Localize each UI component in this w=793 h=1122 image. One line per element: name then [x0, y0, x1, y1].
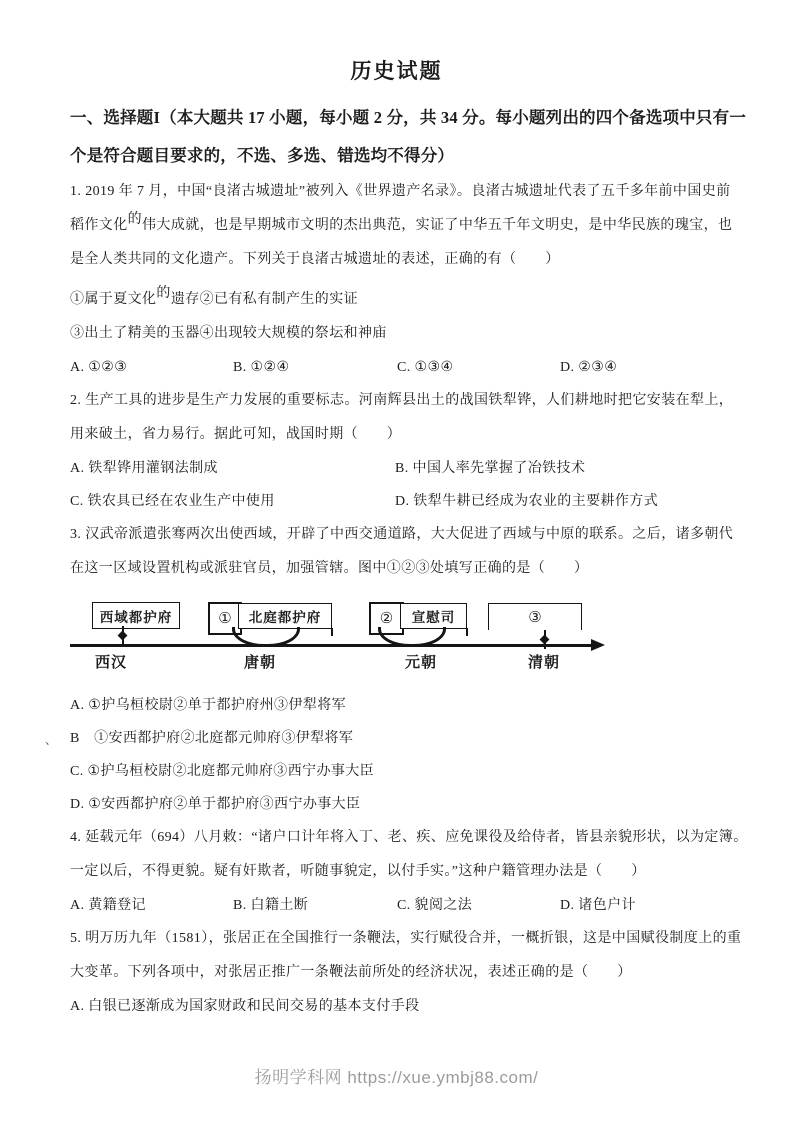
- question-3: 3. 汉武帝派遣张骞两次出使西域，开辟了中西交通道路，大大促进了西域与中原的联系…: [70, 518, 724, 821]
- exam-paper-page: 历史试题 一、选择题I（本大题共 17 小题，每小题 2 分，共 34 分。每小…: [0, 0, 793, 1122]
- option-d: D. ①安西都护府②单于都护府③西宁办事大臣: [70, 788, 724, 821]
- axis-label-xihan: 西汉: [95, 651, 127, 672]
- option-d: D. 铁犁牛耕已经成为农业的主要耕作方式: [395, 485, 724, 518]
- option-a: A. 黄籍登记: [70, 889, 233, 922]
- footer-watermark: 扬明学科网 https://xue.ymbj88.com/: [0, 1063, 793, 1088]
- timeline-axis: [70, 644, 594, 647]
- option-c: C. ①③④: [397, 351, 560, 384]
- timeline-diagram: 西域都护府 ① 北庭都护府 ② 宣慰司 ③ 西汉 唐朝 元朝 清朝: [70, 593, 724, 681]
- timeline-box-xuanweisi: 宣慰司: [400, 603, 467, 629]
- question-4: 4. 延载元年（694）八月敕：“诸户口计年将入丁、老、疾、应免课役及给侍者，皆…: [70, 821, 724, 922]
- section-header-line: 个是符合题目要求的，不选、多选、错选均不得分）: [70, 137, 724, 175]
- option-b: B. ①②④: [233, 351, 397, 384]
- stem-line: 稻作文化的伟大成就，也是早期城市文明的杰出典范，实证了中华五千年文明史，是中华民…: [70, 209, 724, 243]
- stem-line: 大变革。下列各项中，对张居正推广一条鞭法前所处的经济状况，表述正确的是（ ）: [70, 956, 724, 990]
- stem-line: 是全人类共同的文化遗产。下列关于良渚古城遗址的表述，正确的有（ ）: [70, 243, 724, 277]
- option-b: B. 中国人率先掌握了冶铁技术: [395, 452, 724, 485]
- star-marker-icon: [538, 630, 551, 649]
- stem-line: 2. 生产工具的进步是生产力发展的重要标志。河南辉县出土的战国铁犁铧，人们耕地时…: [70, 384, 724, 418]
- question-3-options: A. ①护乌桓校尉②单于都护府州③伊犁将军 B ①安西都护府②北庭都元帅府③伊犁…: [70, 689, 724, 821]
- option-c: C. ①护乌桓校尉②北庭都元帅府③西宁办事大臣: [70, 755, 724, 788]
- option-d: D. ②③④: [560, 351, 724, 384]
- axis-label-tangchao: 唐朝: [244, 651, 276, 672]
- question-2-options-row2: C. 铁农具已经在农业生产中使用 D. 铁犁牛耕已经成为农业的主要耕作方式: [70, 485, 724, 518]
- stem-line: 一定以后，不得更貌。疑有奸欺者，听随事貌定，以付手实。”这种户籍管理办法是（ ）: [70, 855, 724, 889]
- subitem-line: ③出土了精美的玉器④出现较大规模的祭坛和神庙: [70, 317, 724, 351]
- stem-line: 4. 延载元年（694）八月敕：“诸户口计年将入丁、老、疾、应免课役及给侍者，皆…: [70, 821, 724, 855]
- footer-site-name: 扬明学科网: [255, 1068, 343, 1087]
- question-1-subitems: ①属于夏文化的遗存②已有私有制产生的实证 ③出土了精美的玉器④出现较大规模的祭坛…: [70, 283, 724, 351]
- page-title: 历史试题: [0, 0, 793, 86]
- timeline-box-beiting-duhufu: 北庭都护府: [238, 603, 332, 629]
- option-a: A. ①护乌桓校尉②单于都护府州③伊犁将军: [70, 689, 724, 722]
- axis-label-qingchao: 清朝: [528, 651, 560, 672]
- question-5: 5. 明万历九年（1581），张居正在全国推行一条鞭法，实行赋役合并，一概折银，…: [70, 922, 724, 1023]
- section-header-line: 一、选择题I（本大题共 17 小题，每小题 2 分，共 34 分。每小题列出的四…: [70, 99, 724, 137]
- question-2: 2. 生产工具的进步是生产力发展的重要标志。河南辉县出土的战国铁犁铧，人们耕地时…: [70, 384, 724, 518]
- option-c: C. 铁农具已经在农业生产中使用: [70, 485, 395, 518]
- raised-char: 的: [128, 212, 142, 227]
- timeline-box-xiyu-duhufu: 西域都护府: [92, 602, 180, 629]
- timeline-box-num3: ③: [488, 603, 582, 630]
- option-c: C. 貌阅之法: [397, 889, 560, 922]
- arrow-right-icon: [591, 639, 605, 651]
- section-header: 一、选择题I（本大题共 17 小题，每小题 2 分，共 34 分。每小题列出的四…: [70, 99, 724, 175]
- option-a: A. ①②③: [70, 351, 233, 384]
- option-d: D. 诸色户计: [560, 889, 724, 922]
- stray-mark: 、: [45, 731, 57, 748]
- stem-line: 3. 汉武帝派遣张骞两次出使西域，开辟了中西交通道路，大大促进了西域与中原的联系…: [70, 518, 724, 552]
- option-b: B. 白籍土断: [233, 889, 397, 922]
- subitem-line: ①属于夏文化的遗存②已有私有制产生的实证: [70, 283, 724, 317]
- question-1: 1. 2019 年 7 月，中国“良渚古城遗址”被列入《世界遗产名录》。良渚古城…: [70, 175, 724, 384]
- question-2-options-row1: A. 铁犁铧用灌钢法制成 B. 中国人率先掌握了冶铁技术: [70, 452, 724, 485]
- stem-line: 在这一区域设置机构或派驻官员，加强管辖。图中①②③处填写正确的是（ ）: [70, 552, 724, 586]
- stem-line: 用来破土，省力易行。据此可知，战国时期（ ）: [70, 418, 724, 452]
- option-a: A. 白银已逐渐成为国家财政和民间交易的基本支付手段: [70, 990, 724, 1023]
- axis-label-yuanchao: 元朝: [405, 651, 437, 672]
- option-a: A. 铁犁铧用灌钢法制成: [70, 452, 395, 485]
- question-1-options: A. ①②③ B. ①②④ C. ①③④ D. ②③④: [70, 351, 724, 384]
- star-marker-icon: [116, 626, 129, 645]
- option-b: B ①安西都护府②北庭都元帅府③伊犁将军: [70, 722, 724, 755]
- raised-char: 的: [156, 286, 170, 301]
- question-4-options: A. 黄籍登记 B. 白籍土断 C. 貌阅之法 D. 诸色户计: [70, 889, 724, 922]
- footer-link[interactable]: https://xue.ymbj88.com/: [347, 1068, 538, 1087]
- stem-line: 5. 明万历九年（1581），张居正在全国推行一条鞭法，实行赋役合并，一概折银，…: [70, 922, 724, 956]
- stem-line: 1. 2019 年 7 月，中国“良渚古城遗址”被列入《世界遗产名录》。良渚古城…: [70, 175, 724, 209]
